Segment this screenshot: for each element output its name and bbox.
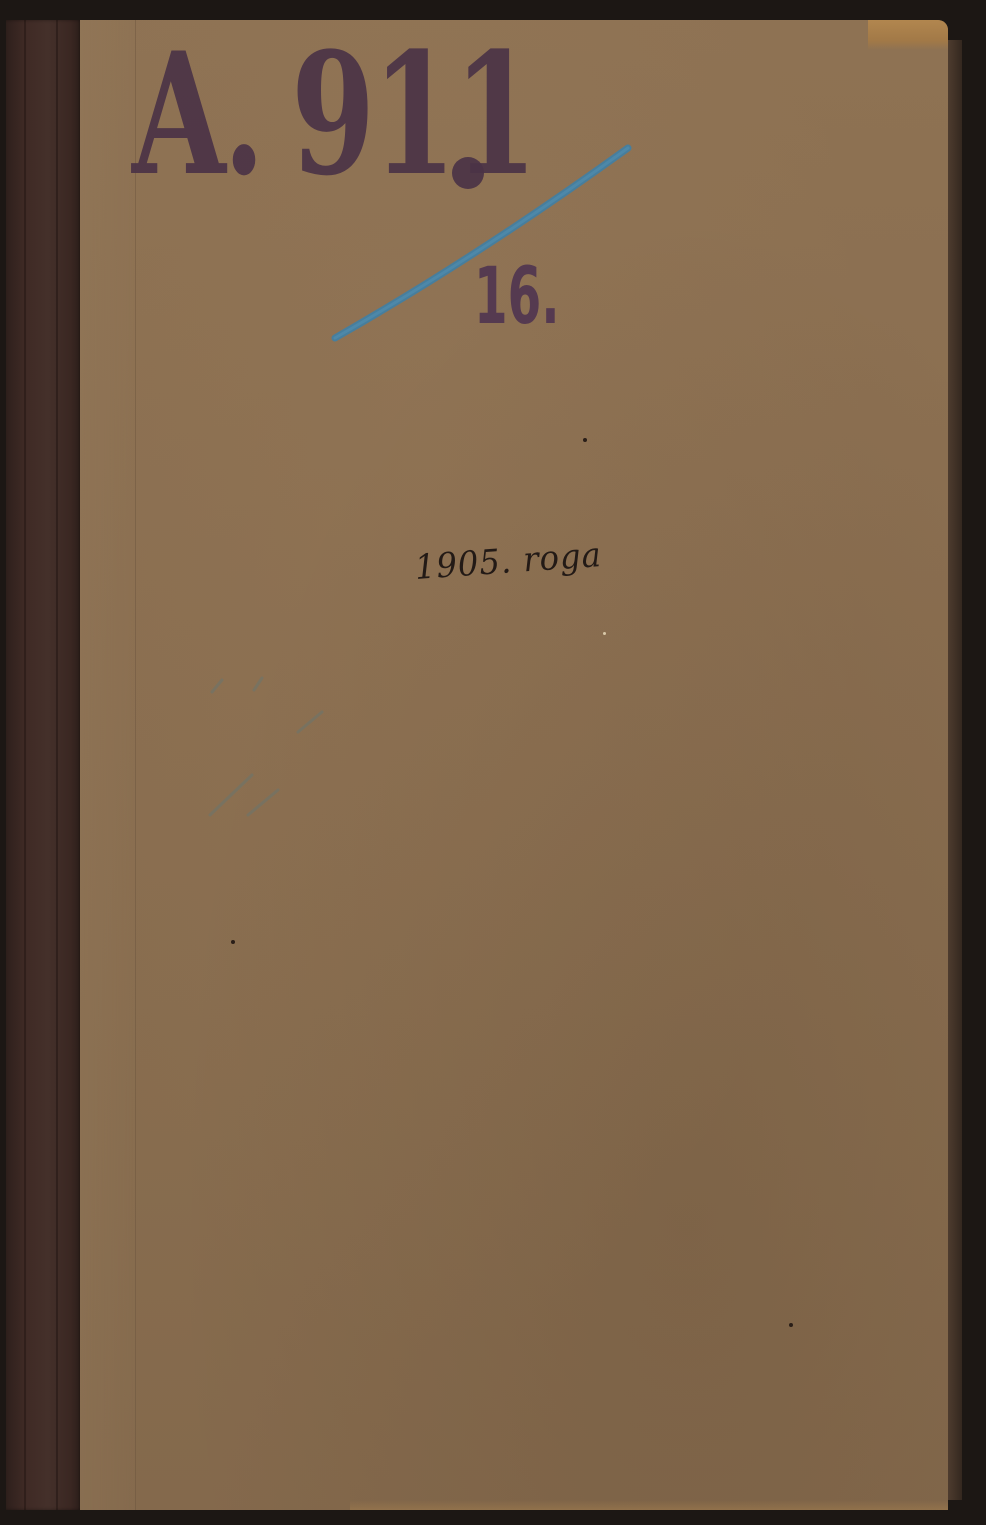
spine-seam xyxy=(24,20,26,1510)
binding-spine xyxy=(6,20,82,1510)
stamp-period-dot xyxy=(452,157,484,189)
paper-speck xyxy=(231,940,235,944)
scanned-document: A.911 16. 1905. roga xyxy=(0,0,986,1525)
paper-speck xyxy=(789,1323,793,1327)
spine-seam xyxy=(56,20,58,1510)
archive-stamp-subnumber: 16. xyxy=(474,258,560,336)
cover-fold-strip xyxy=(80,20,136,1510)
stamp-prefix: A. xyxy=(132,15,262,213)
worn-corner xyxy=(868,20,948,50)
folder-cover xyxy=(80,20,948,1510)
worn-bottom-edge xyxy=(350,1500,948,1510)
page-edges xyxy=(948,40,962,1500)
paper-speck xyxy=(603,632,606,635)
stamp-number: 911 xyxy=(291,15,535,213)
paper-speck xyxy=(583,438,587,442)
